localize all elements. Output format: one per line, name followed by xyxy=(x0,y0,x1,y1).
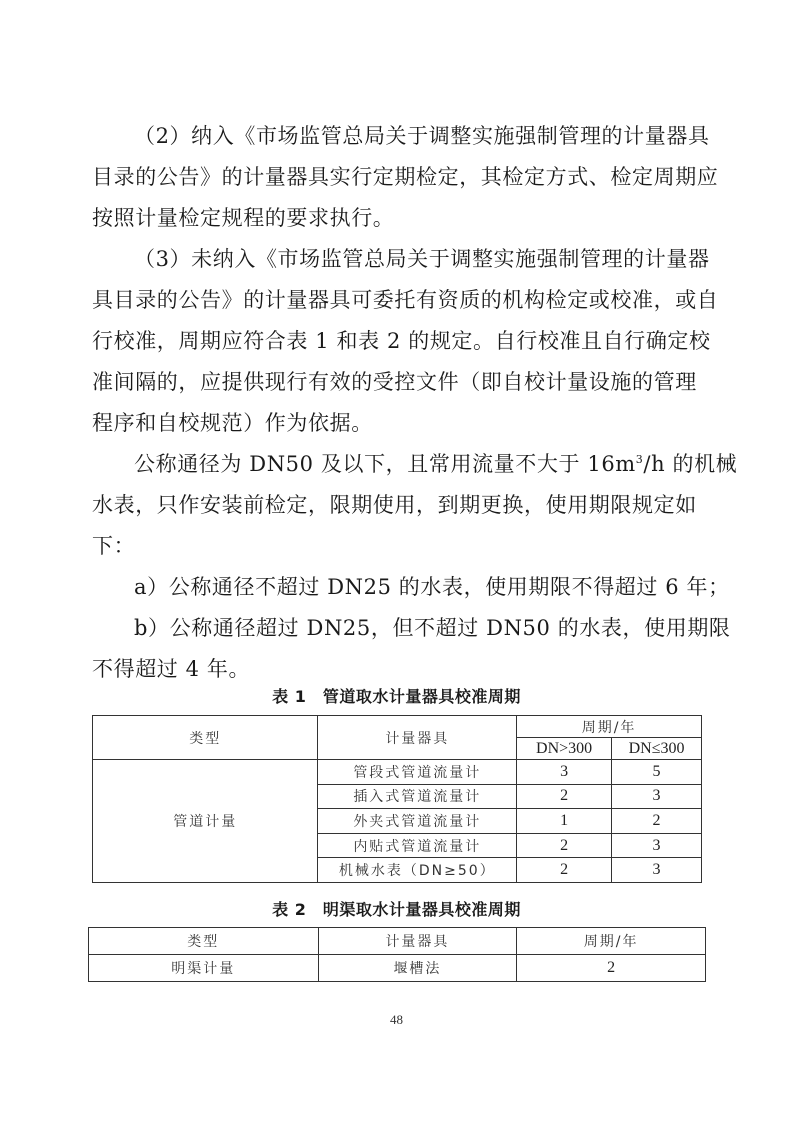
text-line: 水表，只作安装前检定，限期使用，到期更换，使用期限规定如 xyxy=(92,485,702,526)
type-cell: 管道计量 xyxy=(93,760,318,883)
period-le300-cell: 2 xyxy=(612,809,702,834)
header-type: 类型 xyxy=(89,928,319,955)
header-instrument: 计量器具 xyxy=(318,716,517,760)
period-le300-cell: 3 xyxy=(612,833,702,858)
instrument-cell: 机械水表（DN≥50） xyxy=(318,858,517,883)
text-line: （2）纳入《市场监管总局关于调整实施强制管理的计量器具 xyxy=(92,116,702,157)
text-line: 准间隔的，应提供现行有效的受控文件（即自校计量设施的管理 xyxy=(92,362,702,403)
header-dn-le-300: DN≤300 xyxy=(612,738,702,760)
instrument-cell: 插入式管道流量计 xyxy=(318,784,517,809)
type-cell: 明渠计量 xyxy=(89,955,319,982)
text-line: 程序和自校规范）作为依据。 xyxy=(92,403,702,444)
table-row: 管道计量 管段式管道流量计 3 5 xyxy=(93,760,702,785)
table-row: 明渠计量 堰槽法 2 xyxy=(89,955,706,982)
text-line: 行校准，周期应符合表 1 和表 2 的规定。自行校准且自行确定校 xyxy=(92,321,702,362)
header-period: 周期/年 xyxy=(517,928,706,955)
text-segment: 公称通径为 DN50 及以下，且常用流量不大于 16m xyxy=(134,452,636,476)
page-number: 48 xyxy=(0,1012,793,1028)
period-gt300-cell: 2 xyxy=(517,833,612,858)
period-cell: 2 xyxy=(517,955,706,982)
header-period: 周期/年 xyxy=(517,716,702,738)
paragraph-2: （2）纳入《市场监管总局关于调整实施强制管理的计量器具 目录的公告》的计量器具实… xyxy=(92,116,702,239)
header-instrument: 计量器具 xyxy=(318,928,517,955)
header-dn-gt-300: DN>300 xyxy=(517,738,612,760)
text-line: 按照计量检定规程的要求执行。 xyxy=(92,198,702,239)
text-line: b）公称通径超过 DN25，但不超过 DN50 的水表，使用期限 xyxy=(92,608,702,649)
instrument-cell: 堰槽法 xyxy=(318,955,517,982)
period-gt300-cell: 3 xyxy=(517,760,612,785)
table2: 类型 计量器具 周期/年 明渠计量 堰槽法 2 xyxy=(88,927,706,982)
table1: 类型 计量器具 周期/年 DN>300 DN≤300 管道计量 管段式管道流量计… xyxy=(92,715,702,883)
text-line: （3）未纳入《市场监管总局关于调整实施强制管理的计量器 xyxy=(92,239,702,280)
period-le300-cell: 3 xyxy=(612,784,702,809)
paragraph-water-meter: 公称通径为 DN50 及以下，且常用流量不大于 16m3/h 的机械 水表，只作… xyxy=(92,444,702,567)
instrument-cell: 内贴式管道流量计 xyxy=(318,833,517,858)
period-gt300-cell: 2 xyxy=(517,858,612,883)
table2-caption: 表 2 明渠取水计量器具校准周期 xyxy=(0,897,793,920)
text-line: a）公称通径不超过 DN25 的水表，使用期限不得超过 6 年； xyxy=(92,567,702,608)
text-line: 目录的公告》的计量器具实行定期检定，其检定方式、检定周期应 xyxy=(92,157,702,198)
table-header-row: 类型 计量器具 周期/年 xyxy=(93,716,702,738)
text-segment: /h 的机械 xyxy=(643,452,737,476)
period-le300-cell: 3 xyxy=(612,858,702,883)
table1-caption: 表 1 管道取水计量器具校准周期 xyxy=(0,684,793,707)
instrument-cell: 管段式管道流量计 xyxy=(318,760,517,785)
period-le300-cell: 5 xyxy=(612,760,702,785)
list-item-b: b）公称通径超过 DN25，但不超过 DN50 的水表，使用期限 不得超过 4 … xyxy=(92,608,702,690)
instrument-cell: 外夹式管道流量计 xyxy=(318,809,517,834)
period-gt300-cell: 1 xyxy=(517,809,612,834)
paragraph-3: （3）未纳入《市场监管总局关于调整实施强制管理的计量器 具目录的公告》的计量器具… xyxy=(92,239,702,444)
text-line: 下： xyxy=(92,526,702,567)
list-item-a: a）公称通径不超过 DN25 的水表，使用期限不得超过 6 年； xyxy=(92,567,702,608)
period-gt300-cell: 2 xyxy=(517,784,612,809)
text-line: 公称通径为 DN50 及以下，且常用流量不大于 16m3/h 的机械 xyxy=(92,444,702,485)
text-line: 具目录的公告》的计量器具可委托有资质的机构检定或校准，或自 xyxy=(92,280,702,321)
header-type: 类型 xyxy=(93,716,318,760)
table-header-row: 类型 计量器具 周期/年 xyxy=(89,928,706,955)
